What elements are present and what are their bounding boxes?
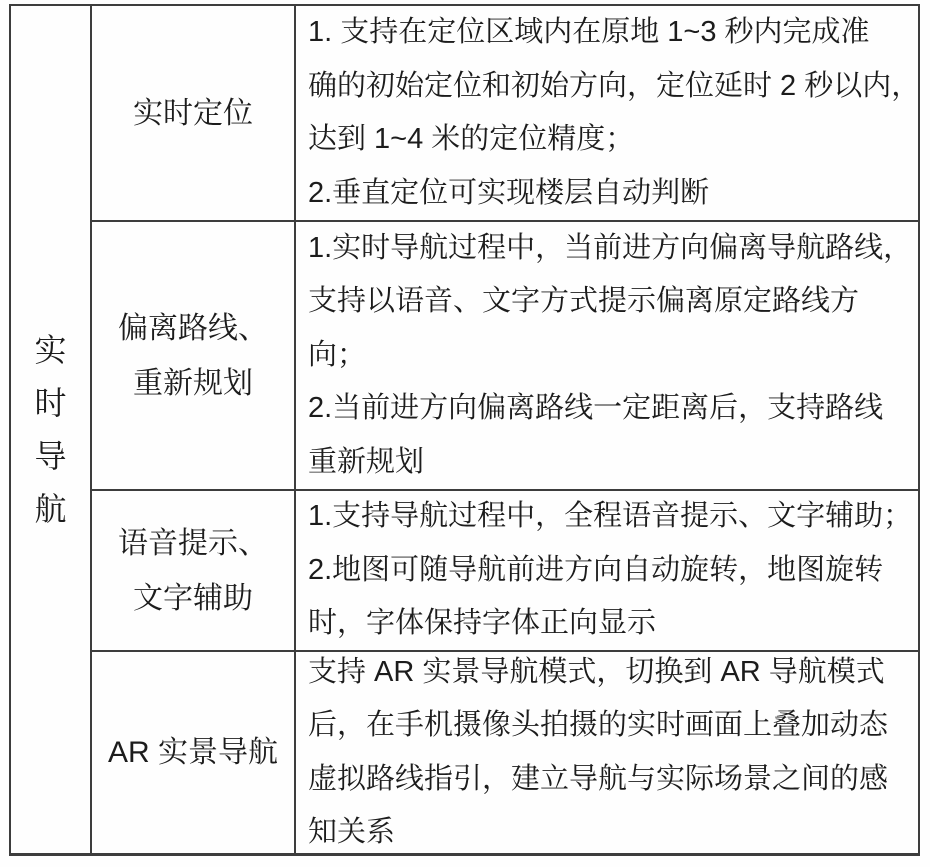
feature-cell-voice-text-assist: 语音提示、文字辅助 <box>90 489 294 650</box>
feature-cell-route-deviation-replanning: 偏离路线、重新规划 <box>90 220 294 489</box>
description-cell-route-deviation-replanning: 1.实时导航过程中，当前进方向偏离导航路线，支持以语音、文字方式提示偏离原定路线… <box>294 220 918 489</box>
document-page: 实时导航 实时定位 1. 支持在定位区域内在原地 1~3 秒内完成准确的初始定位… <box>0 0 930 867</box>
feature-spec-table: 实时导航 实时定位 1. 支持在定位区域内在原地 1~3 秒内完成准确的初始定位… <box>9 4 920 856</box>
description-cell-voice-text-assist: 1.支持导航过程中，全程语音提示、文字辅助；2.地图可随导航前进方向自动旋转，地… <box>294 489 918 650</box>
description-cell-realtime-positioning: 1. 支持在定位区域内在原地 1~3 秒内完成准确的初始定位和初始方向，定位延时… <box>294 6 918 220</box>
feature-cell-realtime-positioning: 实时定位 <box>90 6 294 220</box>
feature-cell-ar-navigation: AR 实景导航 <box>90 650 294 853</box>
description-cell-ar-navigation: 支持 AR 实景导航模式，切换到 AR 导航模式后，在手机摄像头拍摄的实时画面上… <box>294 650 918 853</box>
group-header-realtime-navigation: 实时导航 <box>11 6 90 853</box>
